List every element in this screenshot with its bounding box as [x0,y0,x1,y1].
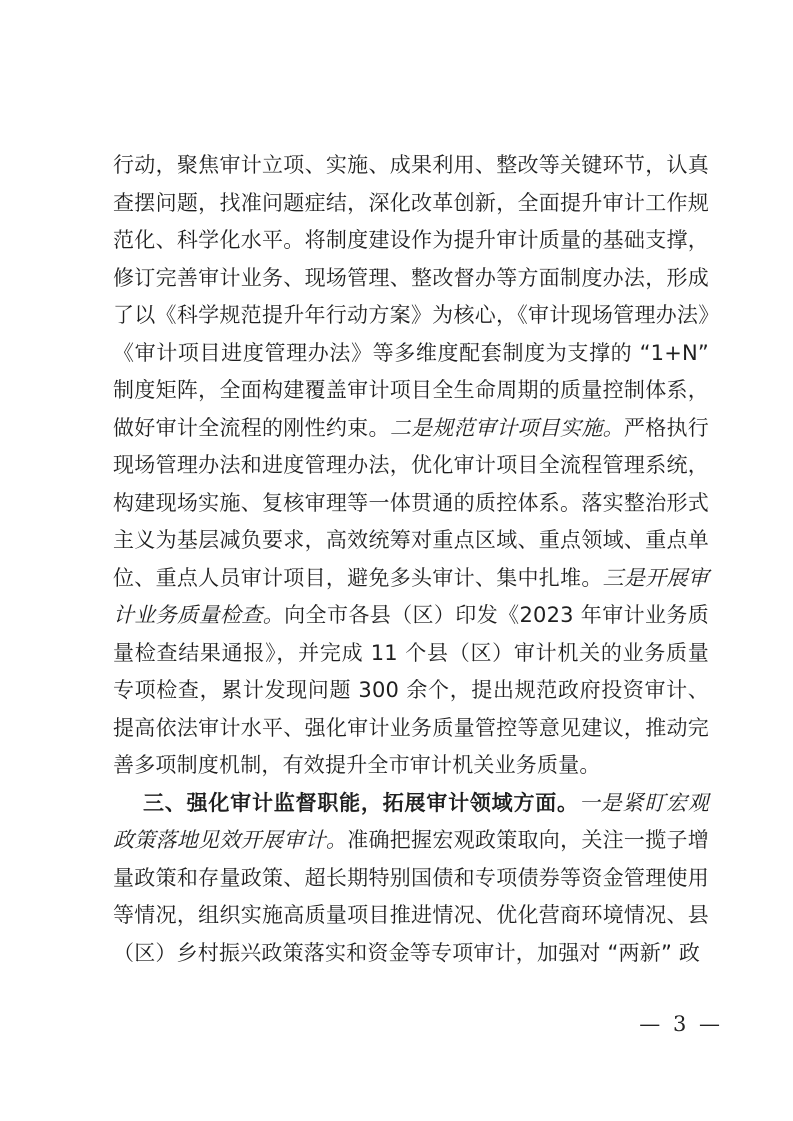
text-run-fangsong: 行动，聚焦审计立项、实施、成果利用、整改等关键环节，认真查摆问题，找准问题症结，… [113,153,709,440]
document-body: 行动，聚焦审计立项、实施、成果利用、整改等关键环节，认真查摆问题，找准问题症结，… [113,147,709,972]
text-run-heiti: 三、强化审计监督职能，拓展审计领域方面。 [143,791,579,815]
text-run-fangsong: 严格执行现场管理办法和进度管理办法，优化审计项目全流程管理系统，构建现场实施、复… [113,416,709,590]
page-number: — 3 — [639,1012,723,1036]
text-run-fangsong: 向全市各县（区）印发《2023 年审计业务质量检查结果通报》，并完成 11 个县… [113,603,709,777]
text-run-kaiti: 二是规范审计项目实施。 [390,416,624,440]
document-page: 行动，聚焦审计立项、实施、成果利用、整改等关键环节，认真查摆问题，找准问题症结，… [0,0,793,1121]
paragraph: 三、强化审计监督职能，拓展审计领域方面。一是紧盯宏观政策落地见效开展审计。准确把… [113,785,709,973]
paragraph: 行动，聚焦审计立项、实施、成果利用、整改等关键环节，认真查摆问题，找准问题症结，… [113,147,709,785]
